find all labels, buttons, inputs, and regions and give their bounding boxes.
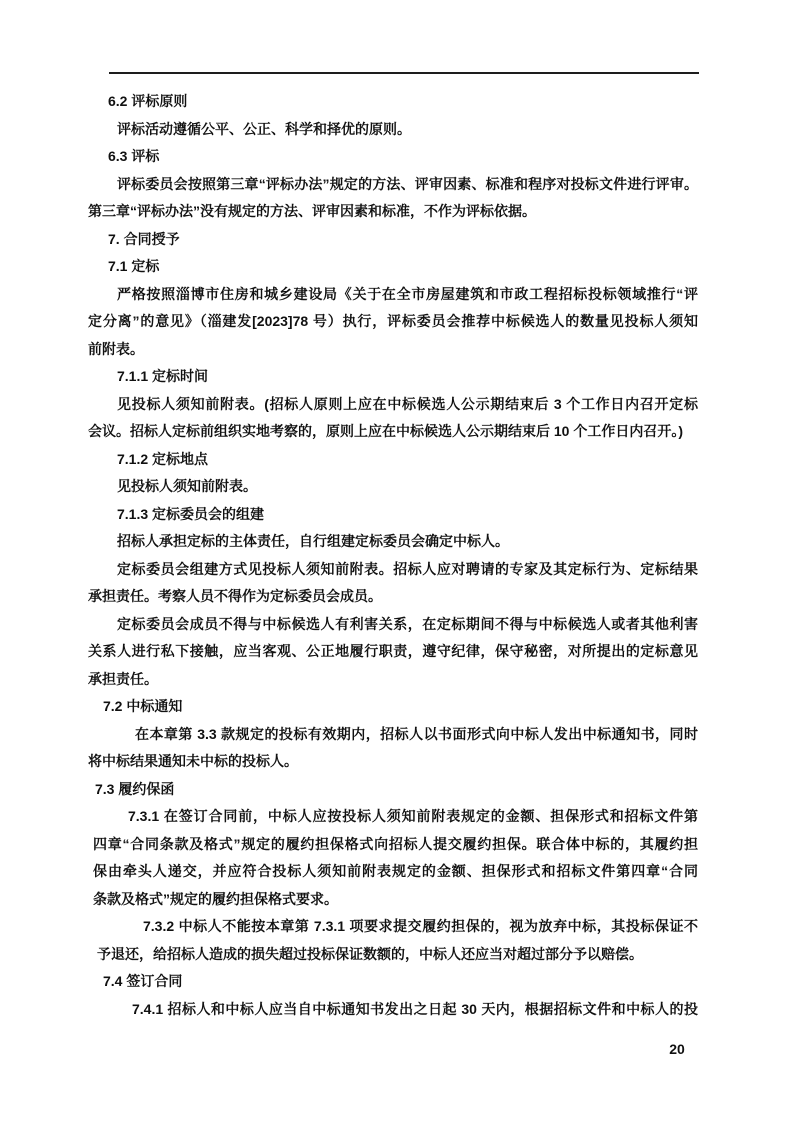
- paragraph-line: 四章“合同条款及格式”规定的履约担保格式向招标人提交履约担保。联合体中标的，其履…: [88, 831, 698, 859]
- paragraph-line: 将中标结果通知未中标的投标人。: [88, 748, 698, 776]
- paragraph-line: 承担责任。: [88, 666, 698, 694]
- paragraph-line: 评标委员会按照第三章“评标办法”规定的方法、评审因素、标准和程序对投标文件进行评…: [88, 171, 698, 199]
- paragraph-line: 见投标人须知前附表。(招标人原则上应在中标候选人公示期结束后 3 个工作日内召开…: [88, 391, 698, 419]
- section-heading: 7. 合同授予: [88, 226, 698, 254]
- paragraph-line: 招标人承担定标的主体责任，自行组建定标委员会确定中标人。: [88, 528, 698, 556]
- paragraph-line: 条款及格式”规定的履约担保格式要求。: [88, 886, 698, 914]
- paragraph-line: 定标委员会组建方式见投标人须知前附表。招标人应对聘请的专家及其定标行为、定标结果: [88, 556, 698, 584]
- header-rule: [109, 72, 699, 74]
- paragraph-line: 会议。招标人定标前组织实地考察的，原则上应在中标候选人公示期结束后 10 个工作…: [88, 418, 698, 446]
- paragraph-line: 7.3.1 在签订合同前，中标人应按投标人须知前附表规定的金额、担保形式和招标文…: [88, 803, 698, 831]
- paragraph-line: 7.3.2 中标人不能按本章第 7.3.1 项要求提交履约担保的，视为放弃中标，…: [88, 913, 698, 941]
- paragraph-line: 7.4.1 招标人和中标人应当自中标通知书发出之日起 30 天内，根据招标文件和…: [88, 996, 698, 1024]
- document-content: 6.2 评标原则评标活动遵循公平、公正、科学和择优的原则。6.3 评标评标委员会…: [88, 88, 698, 1023]
- paragraph-line: 见投标人须知前附表。: [88, 473, 698, 501]
- sub-heading: 7.1.2 定标地点: [88, 446, 698, 474]
- paragraph-line: 承担责任。考察人员不得作为定标委员会成员。: [88, 583, 698, 611]
- paragraph-line: 评标活动遵循公平、公正、科学和择优的原则。: [88, 116, 698, 144]
- section-heading: 6.3 评标: [88, 143, 698, 171]
- paragraph-line: 予退还，给招标人造成的损失超过投标保证数额的，中标人还应当对超过部分予以赔偿。: [88, 941, 698, 969]
- section-heading: 7.2 中标通知: [88, 693, 698, 721]
- paragraph-line: 前附表。: [88, 336, 698, 364]
- paragraph-line: 定分离”的意见》（淄建发[2023]78 号）执行，评标委员会推荐中标候选人的数…: [88, 308, 698, 336]
- section-heading: 7.3 履约保函: [88, 776, 698, 804]
- paragraph-line: 关系人进行私下接触，应当客观、公正地履行职责，遵守纪律，保守秘密，对所提出的定标…: [88, 638, 698, 666]
- paragraph-line: 第三章“评标办法”没有规定的方法、评审因素和标准，不作为评标依据。: [88, 198, 698, 226]
- document-page: 6.2 评标原则评标活动遵循公平、公正、科学和择优的原则。6.3 评标评标委员会…: [0, 0, 793, 1121]
- section-heading: 7.4 签订合同: [88, 968, 698, 996]
- paragraph-line: 严格按照淄博市住房和城乡建设局《关于在全市房屋建筑和市政工程招标投标领域推行“评: [88, 281, 698, 309]
- sub-heading: 7.1.3 定标委员会的组建: [88, 501, 698, 529]
- section-heading: 7.1 定标: [88, 253, 698, 281]
- sub-heading: 7.1.1 定标时间: [88, 363, 698, 391]
- section-heading: 6.2 评标原则: [88, 88, 698, 116]
- page-number: 20: [660, 1036, 694, 1064]
- paragraph-line: 定标委员会成员不得与中标候选人有利害关系，在定标期间不得与中标候选人或者其他利害: [88, 611, 698, 639]
- paragraph-line: 在本章第 3.3 款规定的投标有效期内，招标人以书面形式向中标人发出中标通知书，…: [88, 721, 698, 749]
- paragraph-line: 保由牵头人递交，并应符合投标人须知前附表规定的金额、担保形式和招标文件第四章“合…: [88, 858, 698, 886]
